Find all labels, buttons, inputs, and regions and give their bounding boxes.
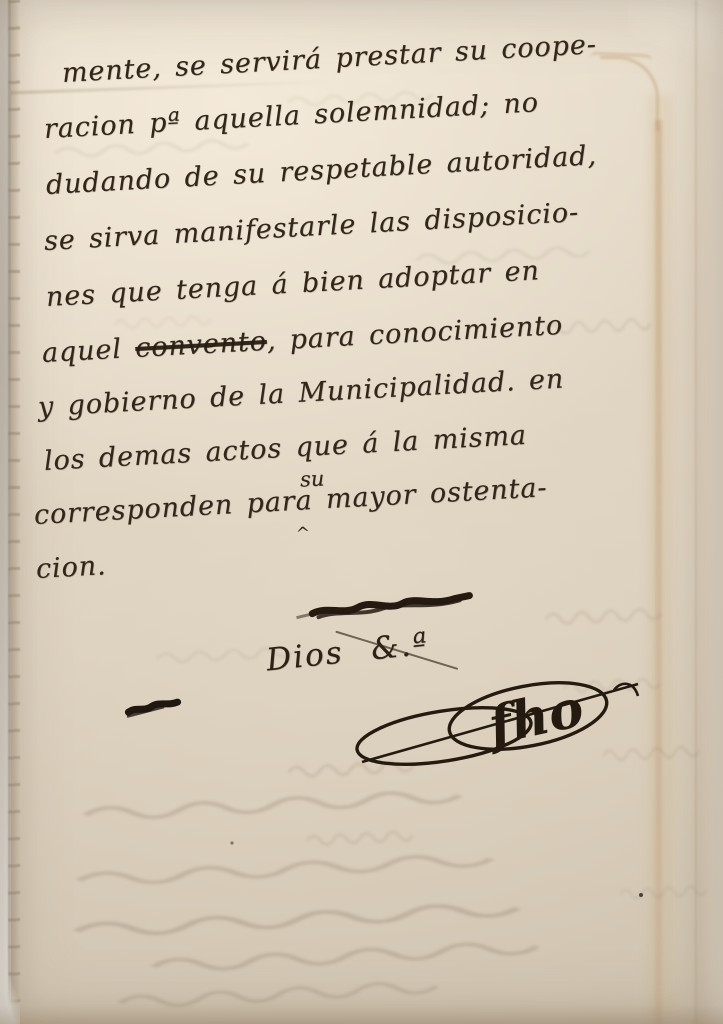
manuscript-photo: mente, se servirá prestar su coope- raci… bbox=[0, 0, 723, 1024]
photo-vignette bbox=[0, 0, 723, 1024]
